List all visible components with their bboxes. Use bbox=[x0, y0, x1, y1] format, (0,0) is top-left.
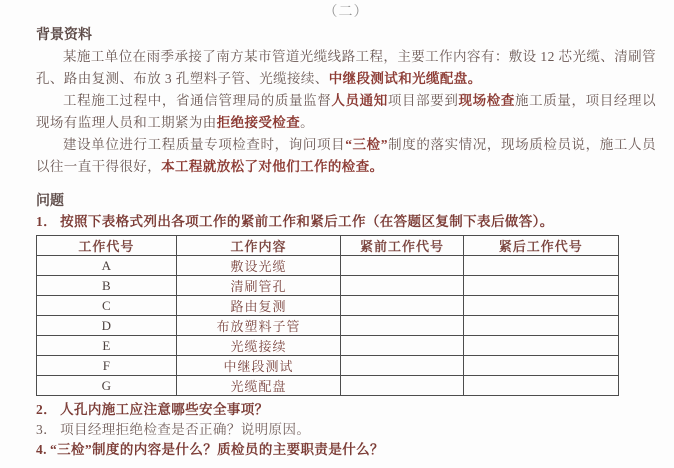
predecessor-cell bbox=[341, 336, 463, 356]
background-paragraph-1: 某施工单位在雨季承接了南方某市管道光缆线路工程，主要工作内容有：敷设 12 芯光… bbox=[36, 46, 656, 90]
table-row: G 光缆配盘 bbox=[37, 376, 619, 396]
work-code-cell: A bbox=[37, 256, 177, 276]
column-header-work-content: 工作内容 bbox=[176, 236, 341, 256]
table-row: E 光缆接续 bbox=[37, 336, 619, 356]
successor-cell bbox=[463, 256, 618, 276]
emphasis-text-run: 中继段测试和光缆配盘。 bbox=[329, 71, 482, 86]
successor-cell bbox=[463, 276, 618, 296]
predecessor-cell bbox=[341, 376, 463, 396]
predecessor-cell bbox=[341, 296, 463, 316]
background-heading: 背景资料 bbox=[36, 26, 656, 46]
work-code-cell: E bbox=[37, 336, 177, 356]
background-paragraph-3: 建设单位进行工程质量专项检查时，询问项目“三检”制度的落实情况，现场质检员说，施… bbox=[36, 134, 656, 178]
successor-cell bbox=[463, 316, 618, 336]
predecessor-cell bbox=[341, 256, 463, 276]
question-text: 按照下表格式列出各项工作的紧前工作和紧后工作（在答题区复制下表后做答）。 bbox=[60, 214, 554, 229]
predecessor-cell bbox=[341, 276, 463, 296]
column-header-work-code: 工作代号 bbox=[37, 236, 177, 256]
table-header-row: 工作代号 工作内容 紧前工作代号 紧后工作代号 bbox=[37, 236, 619, 256]
successor-cell bbox=[463, 356, 618, 376]
emphasis-text-run: 人员通知 bbox=[331, 93, 388, 108]
work-content-cell: 光缆接续 bbox=[176, 336, 341, 356]
work-content-cell: 布放塑料子管 bbox=[176, 316, 341, 336]
text-run: 工程施工过程中，省通信管理局的质量监督 bbox=[63, 93, 331, 108]
predecessor-cell bbox=[341, 356, 463, 376]
work-content-cell: 中继段测试 bbox=[176, 356, 341, 376]
text-run: 项目部要到 bbox=[388, 93, 459, 108]
successor-cell bbox=[463, 336, 618, 356]
work-code-cell: C bbox=[37, 296, 177, 316]
text-run: 建设单位进行工程质量专项检查时，询问项目 bbox=[63, 137, 345, 152]
work-code-cell: F bbox=[37, 356, 177, 376]
work-content-cell: 光缆配盘 bbox=[176, 376, 341, 396]
question-number: 2． bbox=[36, 402, 57, 417]
table-row: A 敷设光缆 bbox=[37, 256, 619, 276]
question-3: 3．项目经理拒绝检查是否正确？说明原因。 bbox=[36, 420, 656, 440]
successor-cell bbox=[463, 296, 618, 316]
table-row: F 中继段测试 bbox=[37, 356, 619, 376]
work-code-cell: G bbox=[37, 376, 177, 396]
question-4: 4.“三检”制度的内容是什么？质检员的主要职责是什么？ bbox=[36, 440, 656, 460]
question-1: 1．按照下表格式列出各项工作的紧前工作和紧后工作（在答题区复制下表后做答）。 bbox=[36, 212, 656, 232]
page-title: （二） bbox=[36, 4, 656, 22]
work-code-cell: B bbox=[37, 276, 177, 296]
work-content-cell: 路由复测 bbox=[176, 296, 341, 316]
predecessor-cell bbox=[341, 316, 463, 336]
text-run: 。 bbox=[300, 115, 314, 130]
emphasis-text-run: 本工程就放松了对他们工作的检查。 bbox=[161, 159, 383, 174]
question-number: 4. bbox=[36, 442, 47, 457]
table-row: D 布放塑料子管 bbox=[37, 316, 619, 336]
successor-cell bbox=[463, 376, 618, 396]
work-content-cell: 敷设光缆 bbox=[176, 256, 341, 276]
question-text: 项目经理拒绝检查是否正确？说明原因。 bbox=[60, 422, 310, 437]
column-header-successor: 紧后工作代号 bbox=[463, 236, 618, 256]
question-number: 3． bbox=[36, 422, 57, 437]
document-page: （二） 背景资料 某施工单位在雨季承接了南方某市管道光缆线路工程，主要工作内容有… bbox=[0, 0, 674, 468]
question-2: 2．人孔内施工应注意哪些安全事项？ bbox=[36, 400, 656, 420]
emphasis-text-run: “三检” bbox=[345, 137, 388, 152]
column-header-predecessor: 紧前工作代号 bbox=[341, 236, 463, 256]
table-row: C 路由复测 bbox=[37, 296, 619, 316]
questions-heading: 问题 bbox=[36, 192, 656, 212]
emphasis-text-run: 现场检查 bbox=[458, 93, 515, 108]
emphasis-text-run: 拒绝接受检查 bbox=[217, 115, 300, 130]
question-text: 人孔内施工应注意哪些安全事项？ bbox=[60, 402, 269, 417]
table-row: B 清刷管孔 bbox=[37, 276, 619, 296]
work-content-cell: 清刷管孔 bbox=[176, 276, 341, 296]
work-code-cell: D bbox=[37, 316, 177, 336]
background-paragraph-2: 工程施工过程中，省通信管理局的质量监督人员通知项目部要到现场检查施工质量，项目经… bbox=[36, 90, 656, 134]
question-number: 1． bbox=[36, 214, 57, 229]
precedence-table: 工作代号 工作内容 紧前工作代号 紧后工作代号 A 敷设光缆 B 清刷管孔 C bbox=[36, 235, 619, 396]
question-text: “三检”制度的内容是什么？质检员的主要职责是什么？ bbox=[50, 442, 384, 457]
